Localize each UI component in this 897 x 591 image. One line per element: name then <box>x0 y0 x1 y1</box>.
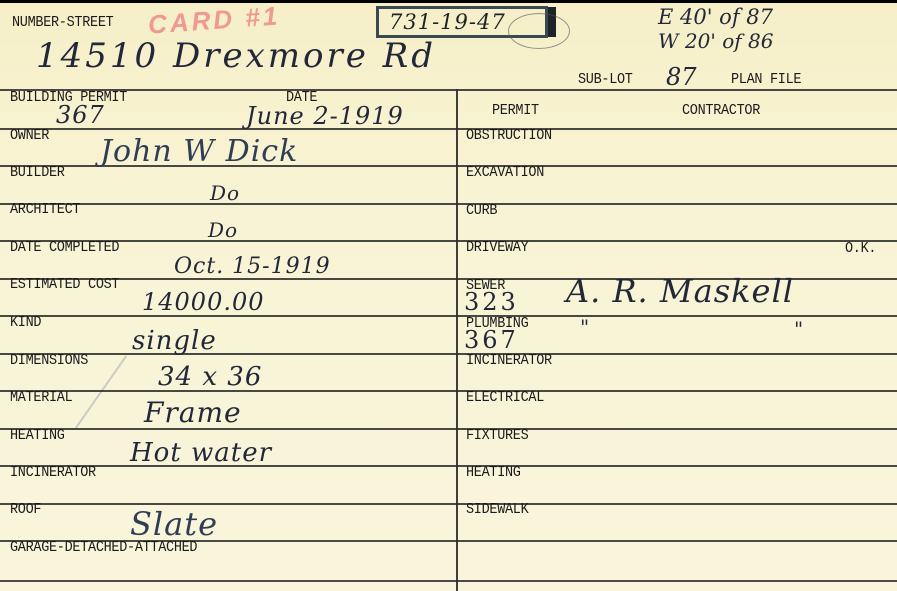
field-value-owner: John W Dick <box>100 137 298 167</box>
sub-lot-value: 87 <box>666 65 697 89</box>
contractor-column-header: CONTRACTOR <box>682 104 760 119</box>
field-label-garage-detached-attached: GARAGE-DETACHED-ATTACHED <box>10 541 197 556</box>
permit-label-heating: HEATING <box>466 466 521 481</box>
permit-label-driveway: DRIVEWAY <box>466 241 528 256</box>
permit-label-curb: CURB <box>466 204 497 219</box>
plan-file-label: PLAN FILE <box>731 73 801 88</box>
field-label-heating: HEATING <box>10 429 65 444</box>
card-number-stamp: CARD #1 <box>147 3 281 41</box>
divider <box>0 89 897 91</box>
field-label-roof: ROOF <box>10 503 41 518</box>
field-label-material: MATERIAL <box>10 391 72 406</box>
field-value-material: Frame <box>144 399 242 427</box>
row-divider <box>457 580 897 582</box>
field-value-architect: Do <box>208 220 238 240</box>
sub-lot-label: SUB-LOT <box>578 73 633 88</box>
field-label-architect: ARCHITECT <box>10 203 80 218</box>
note-plumbing: " <box>794 319 803 339</box>
field-label-owner: OWNER <box>10 129 49 144</box>
row-divider <box>457 465 897 467</box>
row-divider <box>457 540 897 542</box>
permit-label-fixtures: FIXTURES <box>466 429 528 444</box>
permit-label-excavation: EXCAVATION <box>466 166 544 181</box>
contractor-plumbing: " <box>580 317 590 337</box>
ledger-circle-mark <box>508 13 570 49</box>
permit-label-incinerator: INCINERATOR <box>466 354 552 369</box>
field-label-dimensions: DIMENSIONS <box>10 354 88 369</box>
contractor-sewer: A. R. Maskell <box>566 275 794 307</box>
field-value-dimensions: 34 x 36 <box>158 364 262 390</box>
permit-label-sidewalk: SIDEWALK <box>466 503 528 518</box>
row-divider <box>0 580 457 582</box>
field-label-estimated-cost: ESTIMATED COST <box>10 278 119 293</box>
field-label-incinerator: INCINERATOR <box>10 466 96 481</box>
field-value-building-permit: 367 <box>56 103 105 127</box>
row-divider <box>457 203 897 205</box>
date-value: June 2-1919 <box>246 104 404 128</box>
permit-number-sewer: 323 <box>464 290 519 314</box>
field-value-date-completed: Oct. 15-1919 <box>174 256 331 278</box>
field-value-heating: Hot water <box>130 440 272 466</box>
field-label-kind: KIND <box>10 316 41 331</box>
field-label-builder: BUILDER <box>10 166 65 181</box>
permit-card: NUMBER-STREET CARD #1 731-19-47 E 40' of… <box>0 3 897 591</box>
field-label-date-completed: DATE COMPLETED <box>10 241 119 256</box>
row-divider <box>0 503 457 505</box>
field-value-roof: Slate <box>130 508 218 540</box>
permit-label-electrical: ELECTRICAL <box>466 391 544 406</box>
lot-description-line-2: W 20' of 86 <box>658 31 773 51</box>
field-value-kind: single <box>132 328 217 354</box>
note-driveway: O.K. <box>845 242 876 257</box>
number-street-label: NUMBER-STREET <box>12 16 113 31</box>
field-value-builder: Do <box>210 183 240 203</box>
permit-column-header: PERMIT <box>492 104 539 119</box>
number-street-value: 14510 Drexmore Rd <box>36 39 436 73</box>
permit-label-obstruction: OBSTRUCTION <box>466 129 552 144</box>
permit-number-plumbing: 367 <box>464 328 519 352</box>
lot-description-line-1: E 40' of 87 <box>658 7 773 28</box>
field-value-estimated-cost: 14000.00 <box>142 290 265 314</box>
